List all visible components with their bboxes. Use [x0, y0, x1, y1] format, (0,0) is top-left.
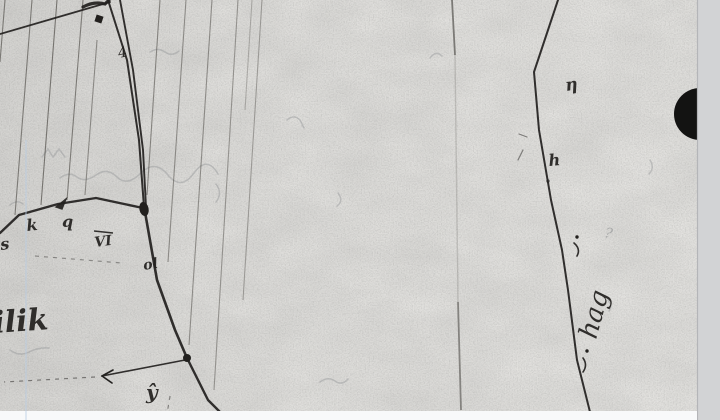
- left-tone-shade: [0, 0, 720, 420]
- label-ol: ol: [142, 256, 159, 274]
- label-h: h: [548, 150, 561, 170]
- label-k: k: [25, 215, 38, 235]
- sketch-map-canvas: skqVIilikŷ4olηhhag?: [0, 0, 720, 420]
- scanned-map-page: skqVIilikŷ4olηhhag?: [0, 0, 720, 420]
- label-vi: VI: [94, 233, 114, 251]
- j-mark-dot: [575, 235, 578, 238]
- scanner-strip-right: [697, 0, 720, 420]
- label-q: q: [62, 212, 73, 231]
- node-dot: [183, 354, 191, 362]
- small-dot-right: [546, 179, 550, 183]
- label-y: ŷ: [145, 380, 159, 404]
- label-ilik: ilik: [0, 302, 49, 341]
- scanner-strip-bottom: [0, 411, 697, 420]
- i-mark-dot: [585, 349, 588, 352]
